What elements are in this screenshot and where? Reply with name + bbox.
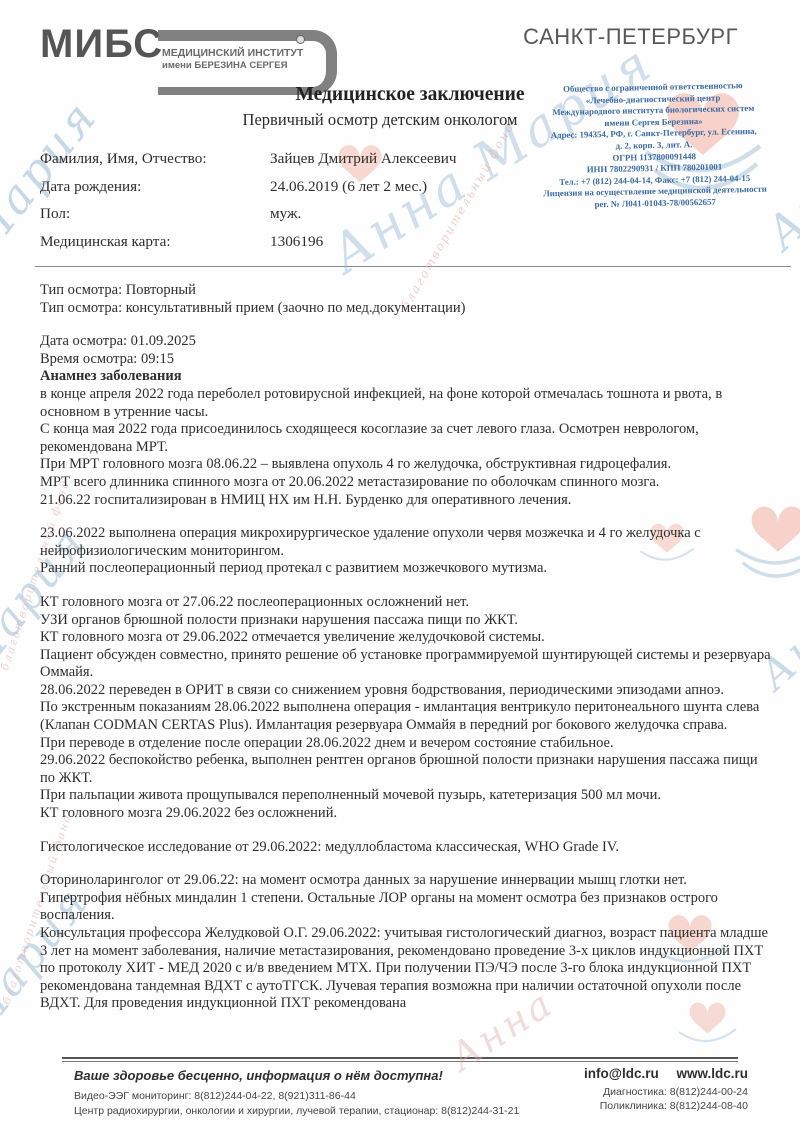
- logo-subtext: МЕДИЦИНСКИЙ ИНСТИТУТ имени БЕРЕЗИНА СЕРГ…: [162, 48, 303, 71]
- body-paragraph: 23.06.2022 выполнена операция микрохирур…: [40, 525, 773, 560]
- body-paragraph: 28.06.2022 переведен в ОРИТ в связи со с…: [40, 682, 773, 700]
- footer-divider: [62, 1057, 738, 1062]
- body-paragraph: 29.06.2022 беспокойство ребенка, выполне…: [40, 752, 773, 787]
- footer-right-line: Диагностика: 8(812)244-00-24: [584, 1085, 748, 1099]
- patient-row: Медицинская карта:1306196: [40, 233, 600, 251]
- patient-row: Пол:муж.: [40, 205, 600, 223]
- body-paragraph: С конца мая 2022 года присоединилось схо…: [40, 421, 773, 456]
- footer-right-line: Поликлиника: 8(812)244-08-40: [584, 1099, 748, 1113]
- body-paragraph: При пальпации живота прощупывался перепо…: [40, 787, 773, 805]
- footer-left: Ваше здоровье бесценно, информация о нём…: [74, 1068, 554, 1119]
- body-paragraph: КТ головного мозга от 29.06.2022 отмечае…: [40, 629, 773, 647]
- body-paragraph: 21.06.22 госпитализирован в НМИЦ НХ им Н…: [40, 492, 773, 510]
- logo-subtext-line2: имени БЕРЕЗИНА СЕРГЕЯ: [162, 60, 303, 72]
- patient-label: Фамилия, Имя, Отчество:: [40, 150, 270, 168]
- body-paragraph: в конце апреля 2022 года переболел ротов…: [40, 386, 773, 421]
- footer-phone-line: Центр радиохирургии, онкологии и хирурги…: [74, 1104, 554, 1119]
- body-paragraph: Тип осмотра: Повторный: [40, 282, 773, 300]
- patient-value: Зайцев Дмитрий Алексеевич: [270, 150, 457, 168]
- body-paragraph: Анамнез заболевания: [40, 368, 773, 386]
- medical-report-page: Мария Анна Мария благотворительный фонд …: [0, 0, 800, 1142]
- clinic-stamp: Общество с ограниченной ответственностью…: [533, 80, 776, 213]
- body-paragraph: При МРТ головного мозга 08.06.22 – выявл…: [40, 456, 773, 474]
- patient-label: Пол:: [40, 205, 270, 223]
- body-paragraph: Дата осмотра: 01.09.2025: [40, 333, 773, 351]
- footer-slogan: Ваше здоровье бесценно, информация о нём…: [74, 1068, 554, 1083]
- body-paragraph: При переводе в отделение после операции …: [40, 735, 773, 753]
- footer-contacts: info@ldc.ru www.ldc.ru: [584, 1066, 748, 1081]
- magnet-dot-icon: [296, 35, 305, 44]
- report-body: Тип осмотра: ПовторныйТип осмотра: консу…: [40, 282, 773, 1013]
- patient-row: Фамилия, Имя, Отчество:Зайцев Дмитрий Ал…: [40, 150, 600, 168]
- body-paragraph: МРТ всего длинника спинного мозга от 20.…: [40, 474, 773, 492]
- body-paragraph: Пациент обсужден совместно, принято реше…: [40, 647, 773, 682]
- footer-right: info@ldc.ru www.ldc.ru Диагностика: 8(81…: [584, 1066, 748, 1113]
- patient-info: Фамилия, Имя, Отчество:Зайцев Дмитрий Ал…: [40, 150, 600, 260]
- patient-label: Дата рождения:: [40, 178, 270, 196]
- body-paragraph: Время осмотра: 09:15: [40, 351, 773, 369]
- footer-right-lines: Диагностика: 8(812)244-00-24Поликлиника:…: [584, 1085, 748, 1113]
- body-paragraph: Консультация профессора Желудковой О.Г. …: [40, 925, 773, 1013]
- clinic-logo: МИБС МЕДИЦИНСКИЙ ИНСТИТУТ имени БЕРЕЗИНА…: [40, 16, 320, 82]
- logo-acronym: МИБС: [40, 22, 163, 67]
- body-paragraph: КТ головного мозга 29.06.2022 без осложн…: [40, 805, 773, 823]
- body-paragraph: Гипертрофия нёбных миндалин 1 степени. О…: [40, 890, 773, 925]
- logo-subtext-line1: МЕДИЦИНСКИЙ ИНСТИТУТ: [162, 48, 303, 60]
- patient-value: 24.06.2019 (6 лет 2 мес.): [270, 178, 427, 196]
- patient-value: 1306196: [270, 233, 323, 251]
- footer-phone-line: Видео-ЭЭГ мониторинг: 8(812)244-04-22, 8…: [74, 1089, 554, 1104]
- footer-email: info@ldc.ru: [584, 1066, 659, 1081]
- body-paragraph: Ранний послеоперационный период протекал…: [40, 560, 773, 578]
- footer-phone-lines: Видео-ЭЭГ мониторинг: 8(812)244-04-22, 8…: [74, 1089, 554, 1119]
- section-divider: [35, 266, 791, 267]
- body-paragraph: Оториноларинголог от 29.06.22: на момент…: [40, 872, 773, 890]
- body-paragraph: КТ головного мозга от 27.06.22 послеопер…: [40, 594, 773, 612]
- city-label: САНКТ-ПЕТЕРБУРГ: [523, 24, 738, 50]
- body-paragraph: По экстренным показаниям 28.06.2022 выпо…: [40, 699, 773, 734]
- patient-value: муж.: [270, 205, 301, 223]
- patient-label: Медицинская карта:: [40, 233, 270, 251]
- patient-row: Дата рождения:24.06.2019 (6 лет 2 мес.): [40, 178, 600, 196]
- body-paragraph: Гистологическое исследование от 29.06.20…: [40, 839, 773, 857]
- footer-site: www.ldc.ru: [676, 1066, 748, 1081]
- body-paragraph: УЗИ органов брюшной полости признаки нар…: [40, 612, 773, 630]
- body-paragraph: Тип осмотра: консультативный прием (заоч…: [40, 300, 773, 318]
